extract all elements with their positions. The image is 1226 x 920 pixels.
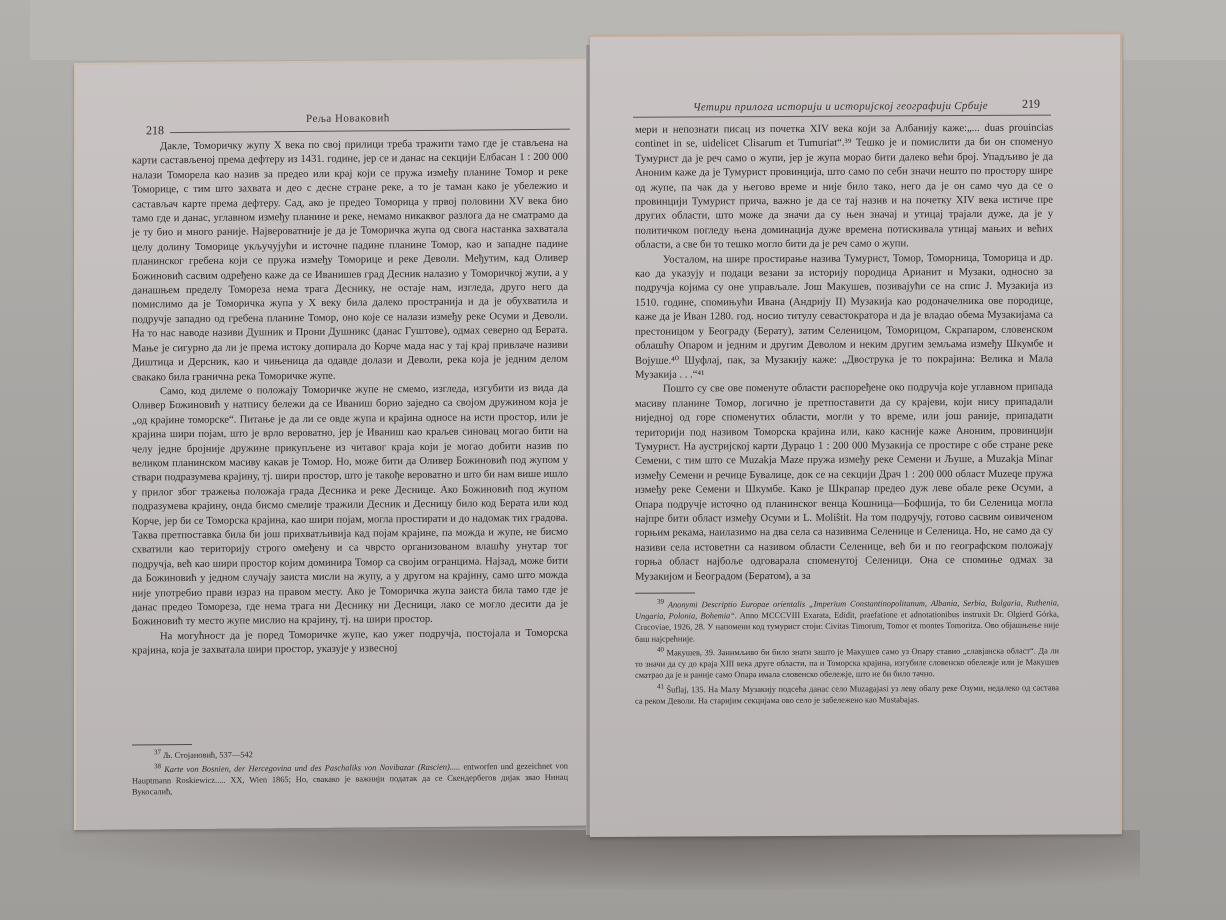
footnote-rule <box>132 744 192 746</box>
right-body-text: мери и непознати писац из почетка XIV ве… <box>635 122 1053 585</box>
right-page-number: 219 <box>1022 97 1040 112</box>
paragraph: Пошто су све ове поменуте области распор… <box>635 381 1053 585</box>
paragraph: Дакле, Томоричку жупу X века по свој при… <box>132 137 568 386</box>
left-footnotes: 37 Љ. Стојановић, 537—542 38 Karte von B… <box>132 744 568 799</box>
footnote-38: 38 Karte von Bosnien, der Hercegovina un… <box>132 758 568 798</box>
footnote-rule <box>635 592 695 593</box>
paragraph: Само, код дилеме о положају Томоричке жу… <box>132 382 568 631</box>
left-body-text: Дакле, Томоричку жупу X века по свој при… <box>132 137 568 659</box>
paragraph: Уосталом, на шире простирање назива Туму… <box>635 251 1053 383</box>
left-header-rule <box>170 129 570 133</box>
footnote-40: 40 Макушев, 39. Занимљиво би било знати … <box>635 643 1059 682</box>
right-footnotes: 39 Anonymi Descriptio Europae orientalis… <box>635 595 1059 707</box>
book-shadow <box>60 830 1140 890</box>
left-page: 218 Рељa Новаковић Дакле, Томоричку жупу… <box>74 58 590 830</box>
right-running-head: Четири прилога историји и историјској ге… <box>693 100 988 114</box>
paragraph: мери и непознати писац из почетка XIV ве… <box>635 122 1053 254</box>
footnote-41: 41 Šuflaj, 135. На Малу Музакију подсећа… <box>635 679 1059 707</box>
paragraph: На могућност да је поред Томоричке жупе,… <box>132 627 568 660</box>
left-running-head: Рељa Новаковић <box>306 112 390 125</box>
right-page: Четири прилога историји и историјској ге… <box>590 32 1122 837</box>
footnote-39: 39 Anonymi Descriptio Europae orientalis… <box>635 595 1059 645</box>
right-header-rule <box>633 115 1051 118</box>
left-page-number: 218 <box>146 123 164 138</box>
